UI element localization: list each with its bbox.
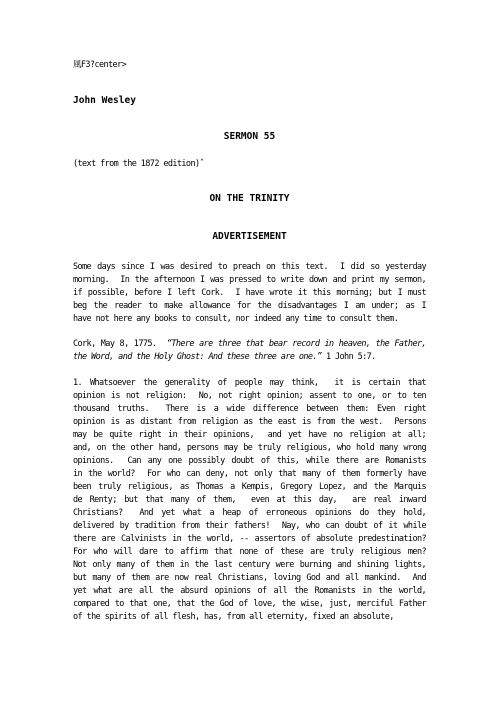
text-line: beg the reader to make allowance for the… (73, 300, 426, 313)
text-line: Cork, May 8, 1775. “There are three that… (73, 338, 426, 351)
text-line: of the spirits of all flesh, has, from a… (73, 611, 426, 624)
text-line: opinion is as distant from religion as t… (73, 416, 426, 429)
document-page: 風F3?center> John Wesley SERMON 55 (text … (0, 0, 496, 702)
text-line: yet what are all the absurd opinions of … (73, 585, 426, 598)
text-line: and, on the other hand, persons may be t… (73, 442, 426, 455)
text-line: the Word, and the Holy Ghost: And these … (73, 351, 426, 364)
sermon-title-heading: ON THE TRINITY (73, 192, 426, 205)
advertisement-heading: ADVERTISEMENT (73, 230, 426, 243)
text-line: opinion is not religion: No, not right o… (73, 390, 426, 403)
text-line: in the world? For who can deny, not only… (73, 468, 426, 481)
advertisement-paragraph: Some days since I was desired to preach … (73, 261, 426, 326)
text-line: been truly religious, as Thomas a Kempis… (73, 481, 426, 494)
text-line: Some days since I was desired to preach … (73, 261, 426, 274)
text-line: there are Calvinists in the world, -- as… (73, 533, 426, 546)
epigraph-paragraph: Cork, May 8, 1775. “There are three that… (73, 338, 426, 364)
text-line: opinions. Can any one possibly doubt of … (73, 455, 426, 468)
text-line: compared to that one, that the God of lo… (73, 598, 426, 611)
scripture-reference: 1 John 5:7. (321, 352, 375, 362)
text-line: 1. Whatsoever the generality of people m… (73, 377, 426, 390)
text-line: Christians? And yet what a heap of erron… (73, 507, 426, 520)
text-line: morning. In the afternoon I was pressed … (73, 274, 426, 287)
header-junk-code: 風F3?center> (73, 59, 496, 72)
text-line: de Renty; but that many of them, even at… (73, 494, 426, 507)
text-line: but many of them are now real Christians… (73, 572, 426, 585)
text-line: For who will dare to affirm that none of… (73, 546, 426, 559)
text-line: Not only many of them in the last centur… (73, 559, 426, 572)
edition-note: (text from the 1872 edition)ˆ (73, 158, 496, 171)
text-line: may be quite right in their opinions, an… (73, 429, 426, 442)
scripture-quote: the Word, and the Holy Ghost: And these … (73, 352, 321, 362)
author-name: John Wesley (73, 94, 496, 107)
text-line: thousand truths. There is a wide differe… (73, 403, 426, 416)
body-paragraph: 1. Whatsoever the generality of people m… (73, 377, 426, 624)
text-line: if possible, before I left Cork. I have … (73, 287, 426, 300)
sermon-number-heading: SERMON 55 (73, 130, 426, 143)
epigraph-dateline: Cork, May 8, 1775. (73, 339, 167, 349)
text-line: delivered by tradition from their father… (73, 520, 426, 533)
text-line: have not here any books to consult, nor … (73, 313, 426, 326)
scripture-quote: “There are three that bear record in hea… (167, 339, 426, 349)
